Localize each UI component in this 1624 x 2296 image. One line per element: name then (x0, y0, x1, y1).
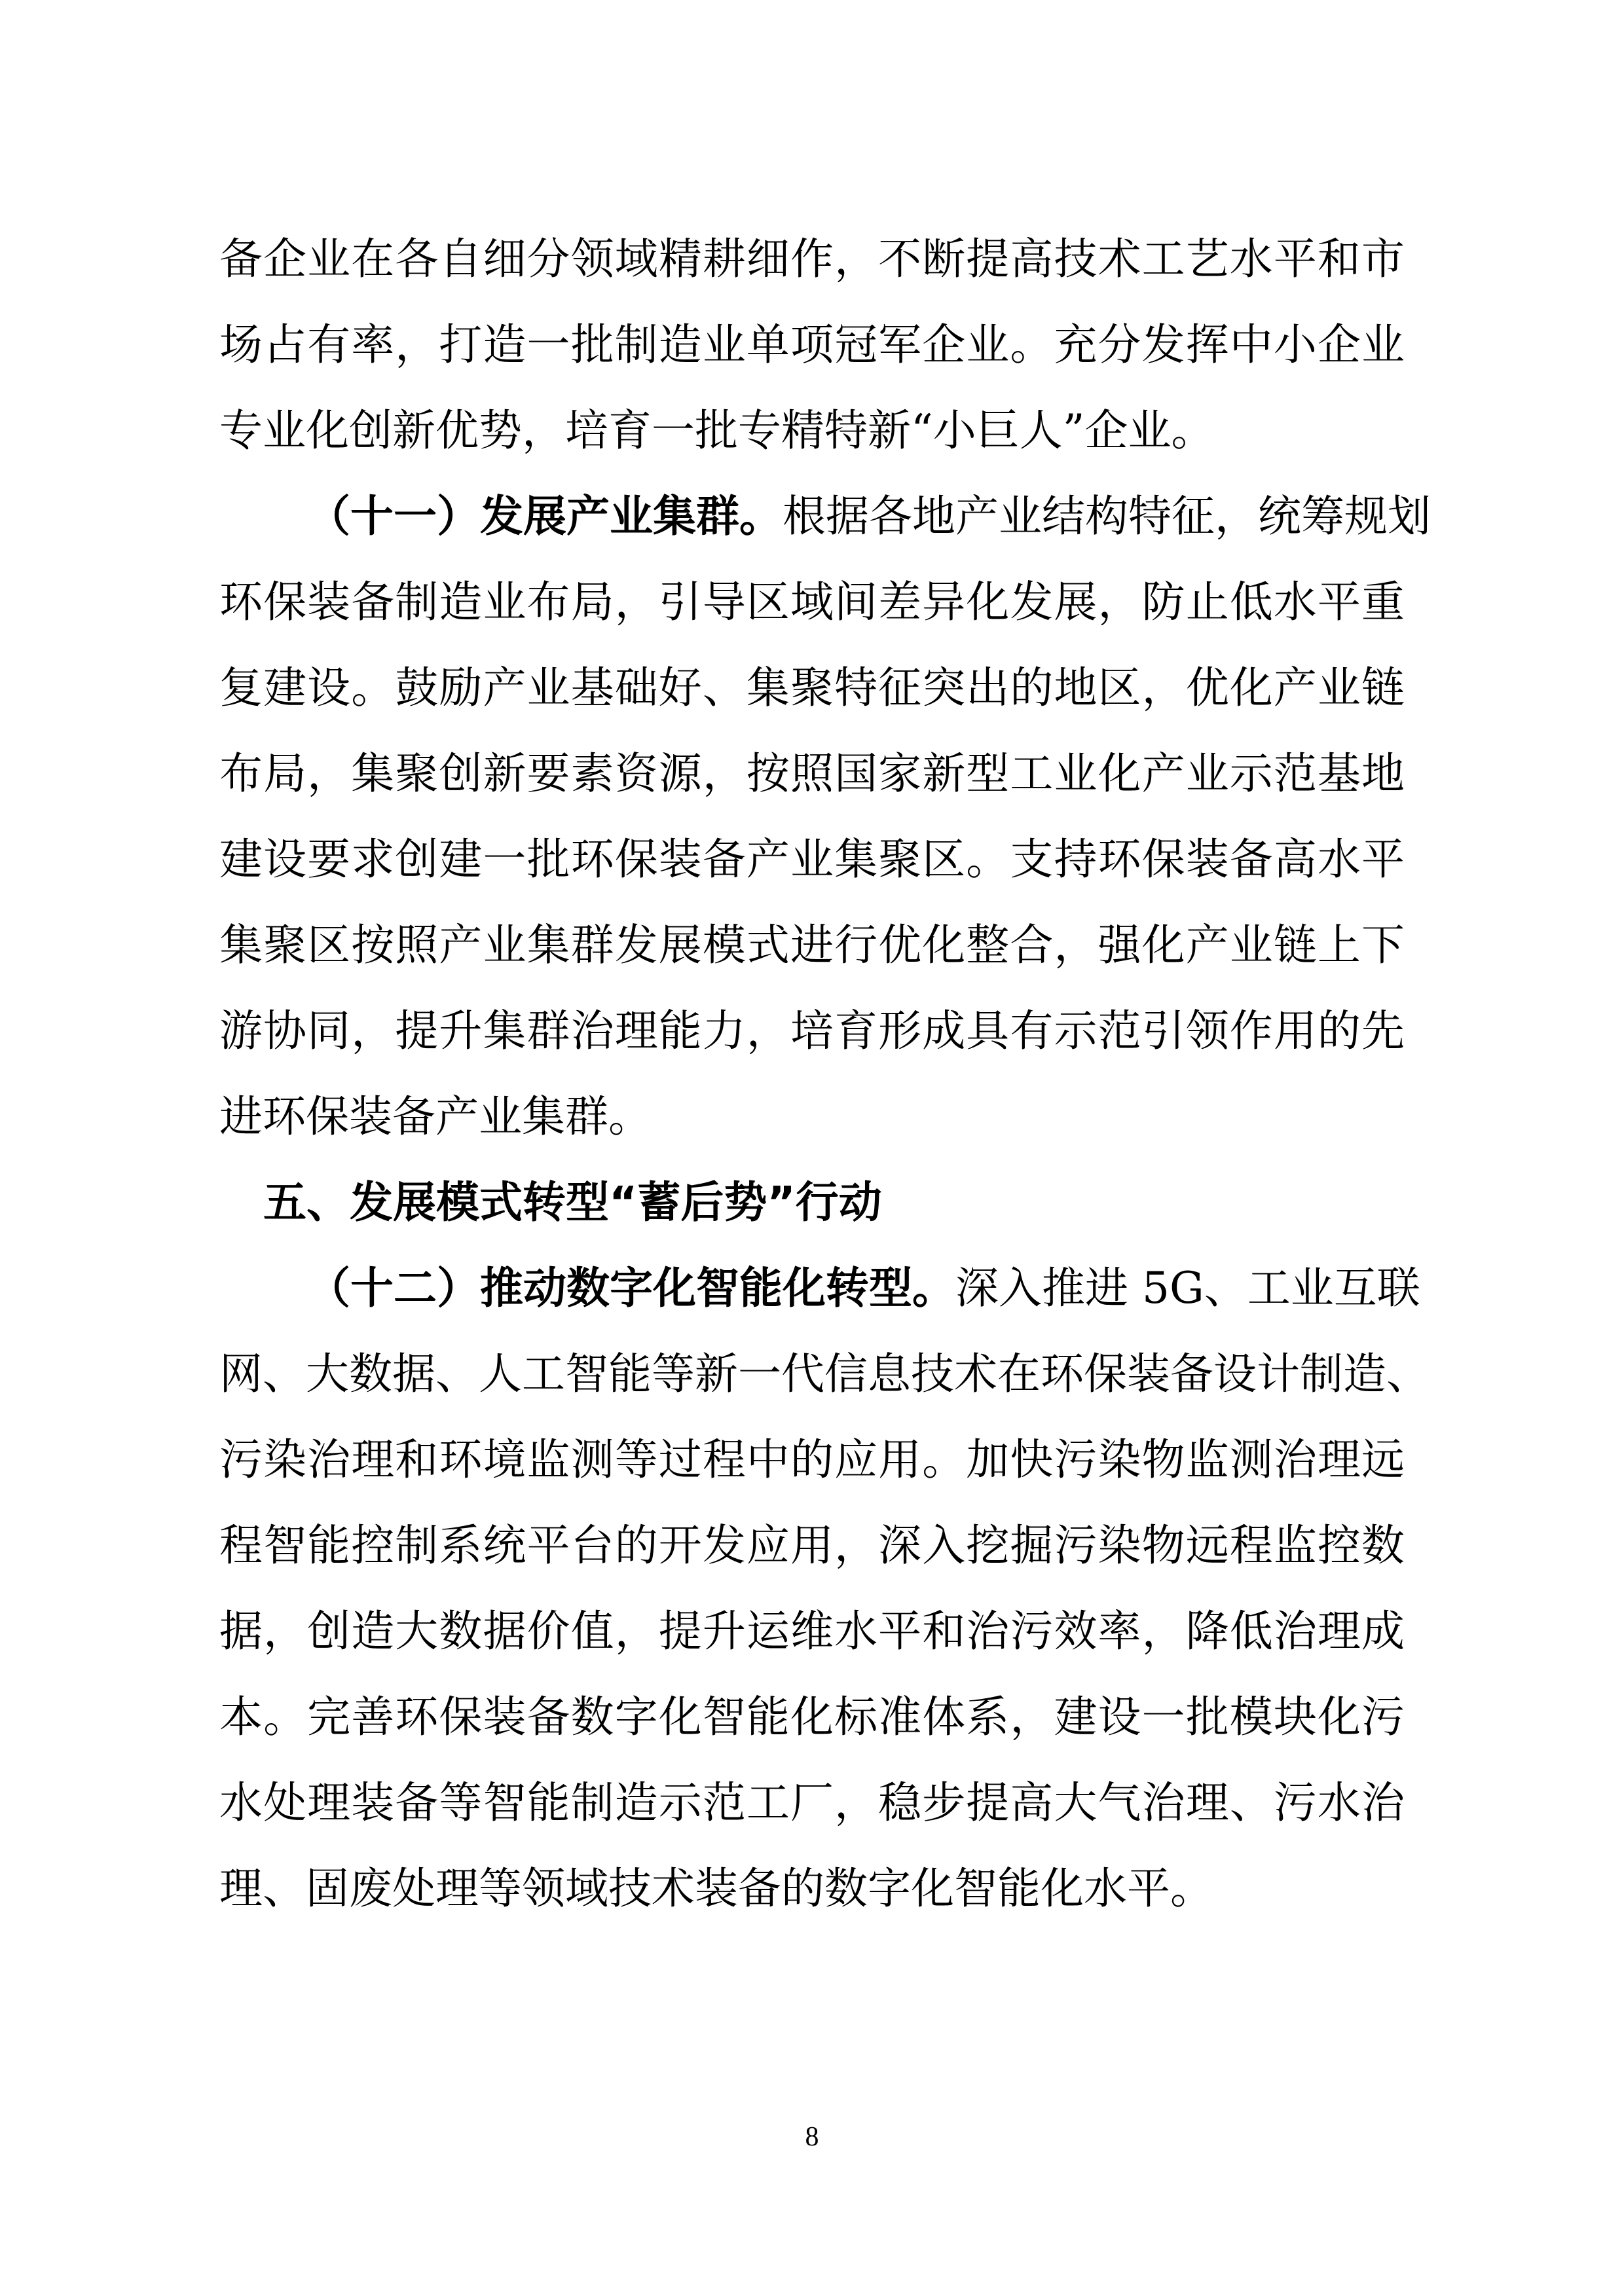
item-12-first-line: （十二）推动数字化智能化转型。深入推进 5G、工业互联 (219, 1257, 1405, 1343)
text-line: 本。完善环保装备数字化智能化标准体系，建设一批模块化污 (219, 1686, 1405, 1772)
text-line: 集聚区按照产业集群发展模式进行优化整合，强化产业链上下 (219, 914, 1405, 1000)
text-line: 理、固废处理等领域技术装备的数字化智能化水平。 (219, 1857, 1405, 1943)
section-heading: 五、发展模式转型“蓄后势”行动 (219, 1171, 1405, 1257)
item-12-title: （十二）推动数字化智能化转型。 (307, 1263, 955, 1313)
text-line: 水处理装备等智能制造示范工厂，稳步提高大气治理、污水治 (219, 1772, 1405, 1857)
page-number: 8 (786, 2121, 838, 2153)
document-page: 备企业在各自细分领域精耕细作，不断提高技术工艺水平和市 场占有率，打造一批制造业… (0, 0, 1624, 2296)
text-line: 污染治理和环境监测等过程中的应用。加快污染物监测治理远 (219, 1429, 1405, 1514)
text-line: 复建设。鼓励产业基础好、集聚特征突出的地区，优化产业链 (219, 657, 1405, 742)
text-line: 环保装备制造业布局，引导区域间差异化发展，防止低水平重 (219, 571, 1405, 657)
item-11-title: （十一）发展产业集群。 (307, 491, 783, 541)
text-line: 游协同，提升集群治理能力，培育形成具有示范引领作用的先 (219, 1000, 1405, 1085)
item-11-first-line: （十一）发展产业集群。根据各地产业结构特征，统筹规划 (219, 485, 1405, 571)
text-line: 网、大数据、人工智能等新一代信息技术在环保装备设计制造、 (219, 1343, 1405, 1429)
text-line: 程智能控制系统平台的开发应用，深入挖掘污染物远程监控数 (219, 1514, 1405, 1600)
text-line: 建设要求创建一批环保装备产业集聚区。支持环保装备高水平 (219, 828, 1405, 914)
item-11-text: 根据各地产业结构特征，统筹规划 (783, 491, 1431, 541)
text-line: 据，创造大数据价值，提升运维水平和治污效率，降低治理成 (219, 1600, 1405, 1686)
text-line: 进环保装备产业集群。 (219, 1085, 1405, 1171)
text-line: 场占有率，打造一批制造业单项冠军企业。充分发挥中小企业 (219, 314, 1405, 399)
text-line: 专业化创新优势，培育一批专精特新“小巨人”企业。 (219, 399, 1405, 485)
item-12-text: 深入推进 5G、工业互联 (955, 1263, 1420, 1313)
text-line: 布局，集聚创新要素资源，按照国家新型工业化产业示范基地 (219, 742, 1405, 828)
text-line: 备企业在各自细分领域精耕细作，不断提高技术工艺水平和市 (219, 228, 1405, 314)
body-text: 备企业在各自细分领域精耕细作，不断提高技术工艺水平和市 场占有率，打造一批制造业… (219, 228, 1405, 1943)
